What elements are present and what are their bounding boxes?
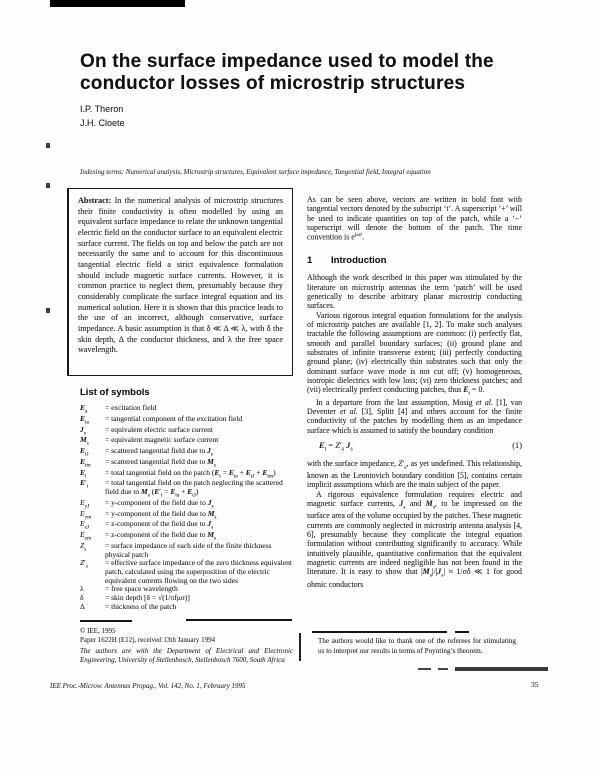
author-name: J.H. Cloete [80, 117, 125, 131]
symbol-definition: = surface impedance of each side of the … [105, 542, 293, 559]
acknowledgement-rule [312, 631, 447, 633]
left-footnote: © IEE, 1995 Paper 1622H (E12), received … [80, 627, 293, 665]
scan-dash [418, 668, 431, 670]
author-name: I.P. Theron [80, 103, 125, 117]
notation-paragraph: As can be seen above, vectors are writte… [307, 195, 522, 242]
symbol-definition: = thickness of the patch [105, 603, 293, 612]
section-heading-introduction: 1Introduction [307, 255, 522, 266]
scan-dash [438, 668, 448, 670]
symbol: E′t [80, 479, 105, 498]
symbols-heading: List of symbols [80, 387, 293, 398]
symbol-row: Etm= scattered tangential field due to M… [80, 458, 293, 469]
intro-paragraph: Although the work described in this pape… [307, 273, 522, 310]
section-number: 1 [307, 255, 331, 266]
section-title: Introduction [331, 255, 386, 266]
symbol: Z′s [80, 559, 105, 585]
abstract-box: Abstract: In the numerical analysis of m… [67, 188, 293, 376]
symbol-row: Eta= tangential component of the excitat… [80, 415, 293, 426]
page-number: 35 [531, 680, 539, 689]
intro-paragraph: A rigorous equivalence formulation requi… [307, 490, 522, 589]
paper-info-line: Paper 1622H (E12), received 13th January… [80, 636, 293, 645]
symbol-definition: = tangential component of the excitation… [105, 415, 293, 426]
journal-citation: IEE Proc.-Microw. Antennas Propag., Vol.… [50, 682, 246, 690]
scan-mark [46, 143, 50, 148]
intro-paragraph: In a departure from the last assumption,… [307, 398, 522, 435]
intro-paragraph: with the surface impedance, Z′s, as yet … [307, 459, 522, 490]
footnote-rule [186, 619, 292, 621]
affiliation-line: The authors are with the Department of E… [80, 647, 293, 664]
symbol-definition: = y-component of the field due to Js [105, 499, 293, 510]
symbol: Zs [80, 542, 105, 559]
scan-mark [46, 308, 50, 313]
symbol-row: Z′s= effective surface impedance of the … [80, 559, 293, 585]
footnote-rule [80, 620, 132, 622]
equation-expression: Et = Z′s Js [319, 441, 353, 454]
indexing-terms: Indexing terms: Numerical analysis, Micr… [80, 168, 522, 177]
scan-artifact-bar [50, 0, 185, 7]
equation-1: Et = Z′s Js (1) [307, 441, 522, 454]
scan-mark [46, 183, 50, 188]
scan-dash [455, 667, 548, 671]
symbol-row: Zs= surface impedance of each side of th… [80, 542, 293, 559]
author-block: I.P. Theron J.H. Cloete [80, 103, 125, 130]
acknowledgement-rule [455, 631, 469, 633]
right-column: As can be seen above, vectors are writte… [307, 188, 522, 589]
left-column: Abstract: In the numerical analysis of m… [67, 188, 293, 611]
intro-paragraph: Various rigorous integral equation formu… [307, 311, 522, 398]
symbol-row: E′t= total tangential field on the patch… [80, 479, 293, 498]
page-title: On the surface impedance used to model t… [80, 51, 514, 95]
equation-number: (1) [512, 441, 522, 451]
symbols-list: Ea= excitation fieldEta= tangential comp… [80, 404, 293, 611]
symbol-definition: = total tangential field on the patch ne… [105, 479, 293, 498]
acknowledgement-note: The authors would like to thank one of t… [318, 637, 516, 656]
symbol: Eta [80, 415, 105, 426]
journal-page: On the surface impedance used to model t… [0, 0, 600, 771]
abstract-text: In the numerical analysis of microstrip … [78, 196, 283, 354]
copyright-line: © IEE, 1995 [80, 627, 293, 636]
symbol-definition: = effective surface impedance of the zer… [105, 559, 293, 585]
column-divider-rule [299, 633, 301, 661]
symbol: Δ [80, 603, 105, 612]
symbol-row: Δ= thickness of the patch [80, 603, 293, 612]
symbol-row: EyJ= y-component of the field due to Js [80, 499, 293, 510]
abstract-label: Abstract: [78, 196, 111, 205]
